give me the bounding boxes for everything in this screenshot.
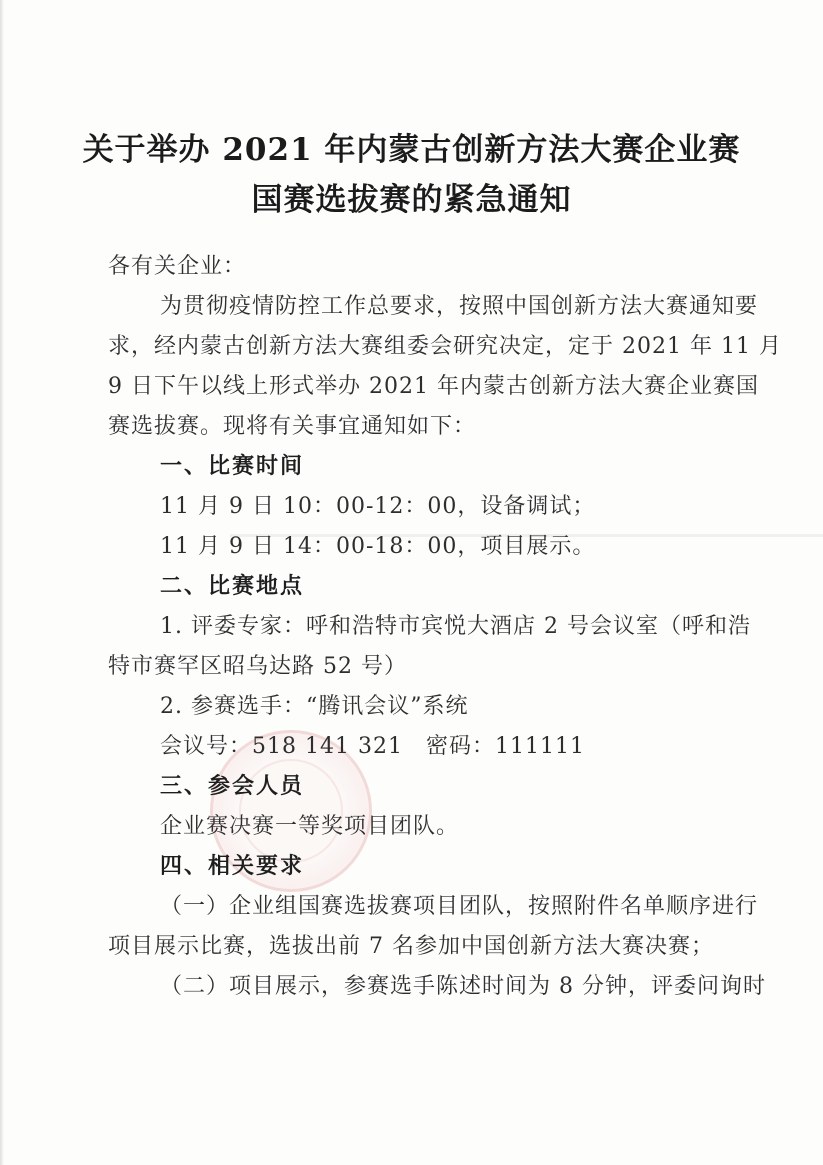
notice-body: 各有关企业： 为贯彻疫情防控工作总要求，按照中国创新方法大赛通知要 求，经内蒙古… — [108, 247, 748, 1007]
intro-paragraph-line-3: 9 日下午以线上形式举办 2021 年内蒙古创新方法大赛企业赛国 — [108, 367, 748, 407]
intro-paragraph-line-1: 为贯彻疫情防控工作总要求，按照中国创新方法大赛通知要 — [108, 287, 748, 327]
section-1-heading: 一、比赛时间 — [108, 447, 748, 487]
section-3-heading: 三、参会人员 — [108, 767, 748, 807]
notice-title-line-2: 国赛选拔赛的紧急通知 — [0, 175, 823, 225]
participants-line: 企业赛决赛一等奖项目团队。 — [108, 807, 748, 847]
venue-judges-line-2: 特市赛罕区昭乌达路 52 号） — [108, 647, 748, 687]
intro-paragraph-line-2: 求，经内蒙古创新方法大赛组委会研究决定，定于 2021 年 11 月 — [108, 327, 748, 367]
intro-paragraph-line-4: 赛选拔赛。现将有关事宜通知如下： — [108, 407, 748, 447]
requirement-1-line-2: 项目展示比赛，选拔出前 7 名参加中国创新方法大赛决赛； — [108, 927, 748, 967]
notice-title-line-1: 关于举办 2021 年内蒙古创新方法大赛企业赛 — [0, 125, 823, 175]
salutation: 各有关企业： — [108, 247, 748, 287]
schedule-line-2: 11 月 9 日 14：00-18：00，项目展示。 — [108, 527, 748, 567]
notice-title: 关于举办 2021 年内蒙古创新方法大赛企业赛 国赛选拔赛的紧急通知 — [0, 125, 823, 225]
section-2-heading: 二、比赛地点 — [108, 567, 748, 607]
schedule-line-1: 11 月 9 日 10：00-12：00，设备调试； — [108, 487, 748, 527]
requirement-2-line-1: （二）项目展示，参赛选手陈述时间为 8 分钟，评委问询时 — [108, 967, 748, 1007]
requirement-1-line-1: （一）企业组国赛选拔赛项目团队，按照附件名单顺序进行 — [108, 887, 748, 927]
meeting-credentials-line: 会议号：518 141 321 密码：111111 — [108, 727, 748, 767]
venue-contestants-line: 2. 参赛选手：“腾讯会议”系统 — [108, 687, 748, 727]
venue-judges-line-1: 1. 评委专家：呼和浩特市宾悦大酒店 2 号会议室（呼和浩 — [108, 607, 748, 647]
section-4-heading: 四、相关要求 — [108, 847, 748, 887]
scanned-notice-page: 关于举办 2021 年内蒙古创新方法大赛企业赛 国赛选拔赛的紧急通知 各有关企业… — [0, 0, 823, 1165]
